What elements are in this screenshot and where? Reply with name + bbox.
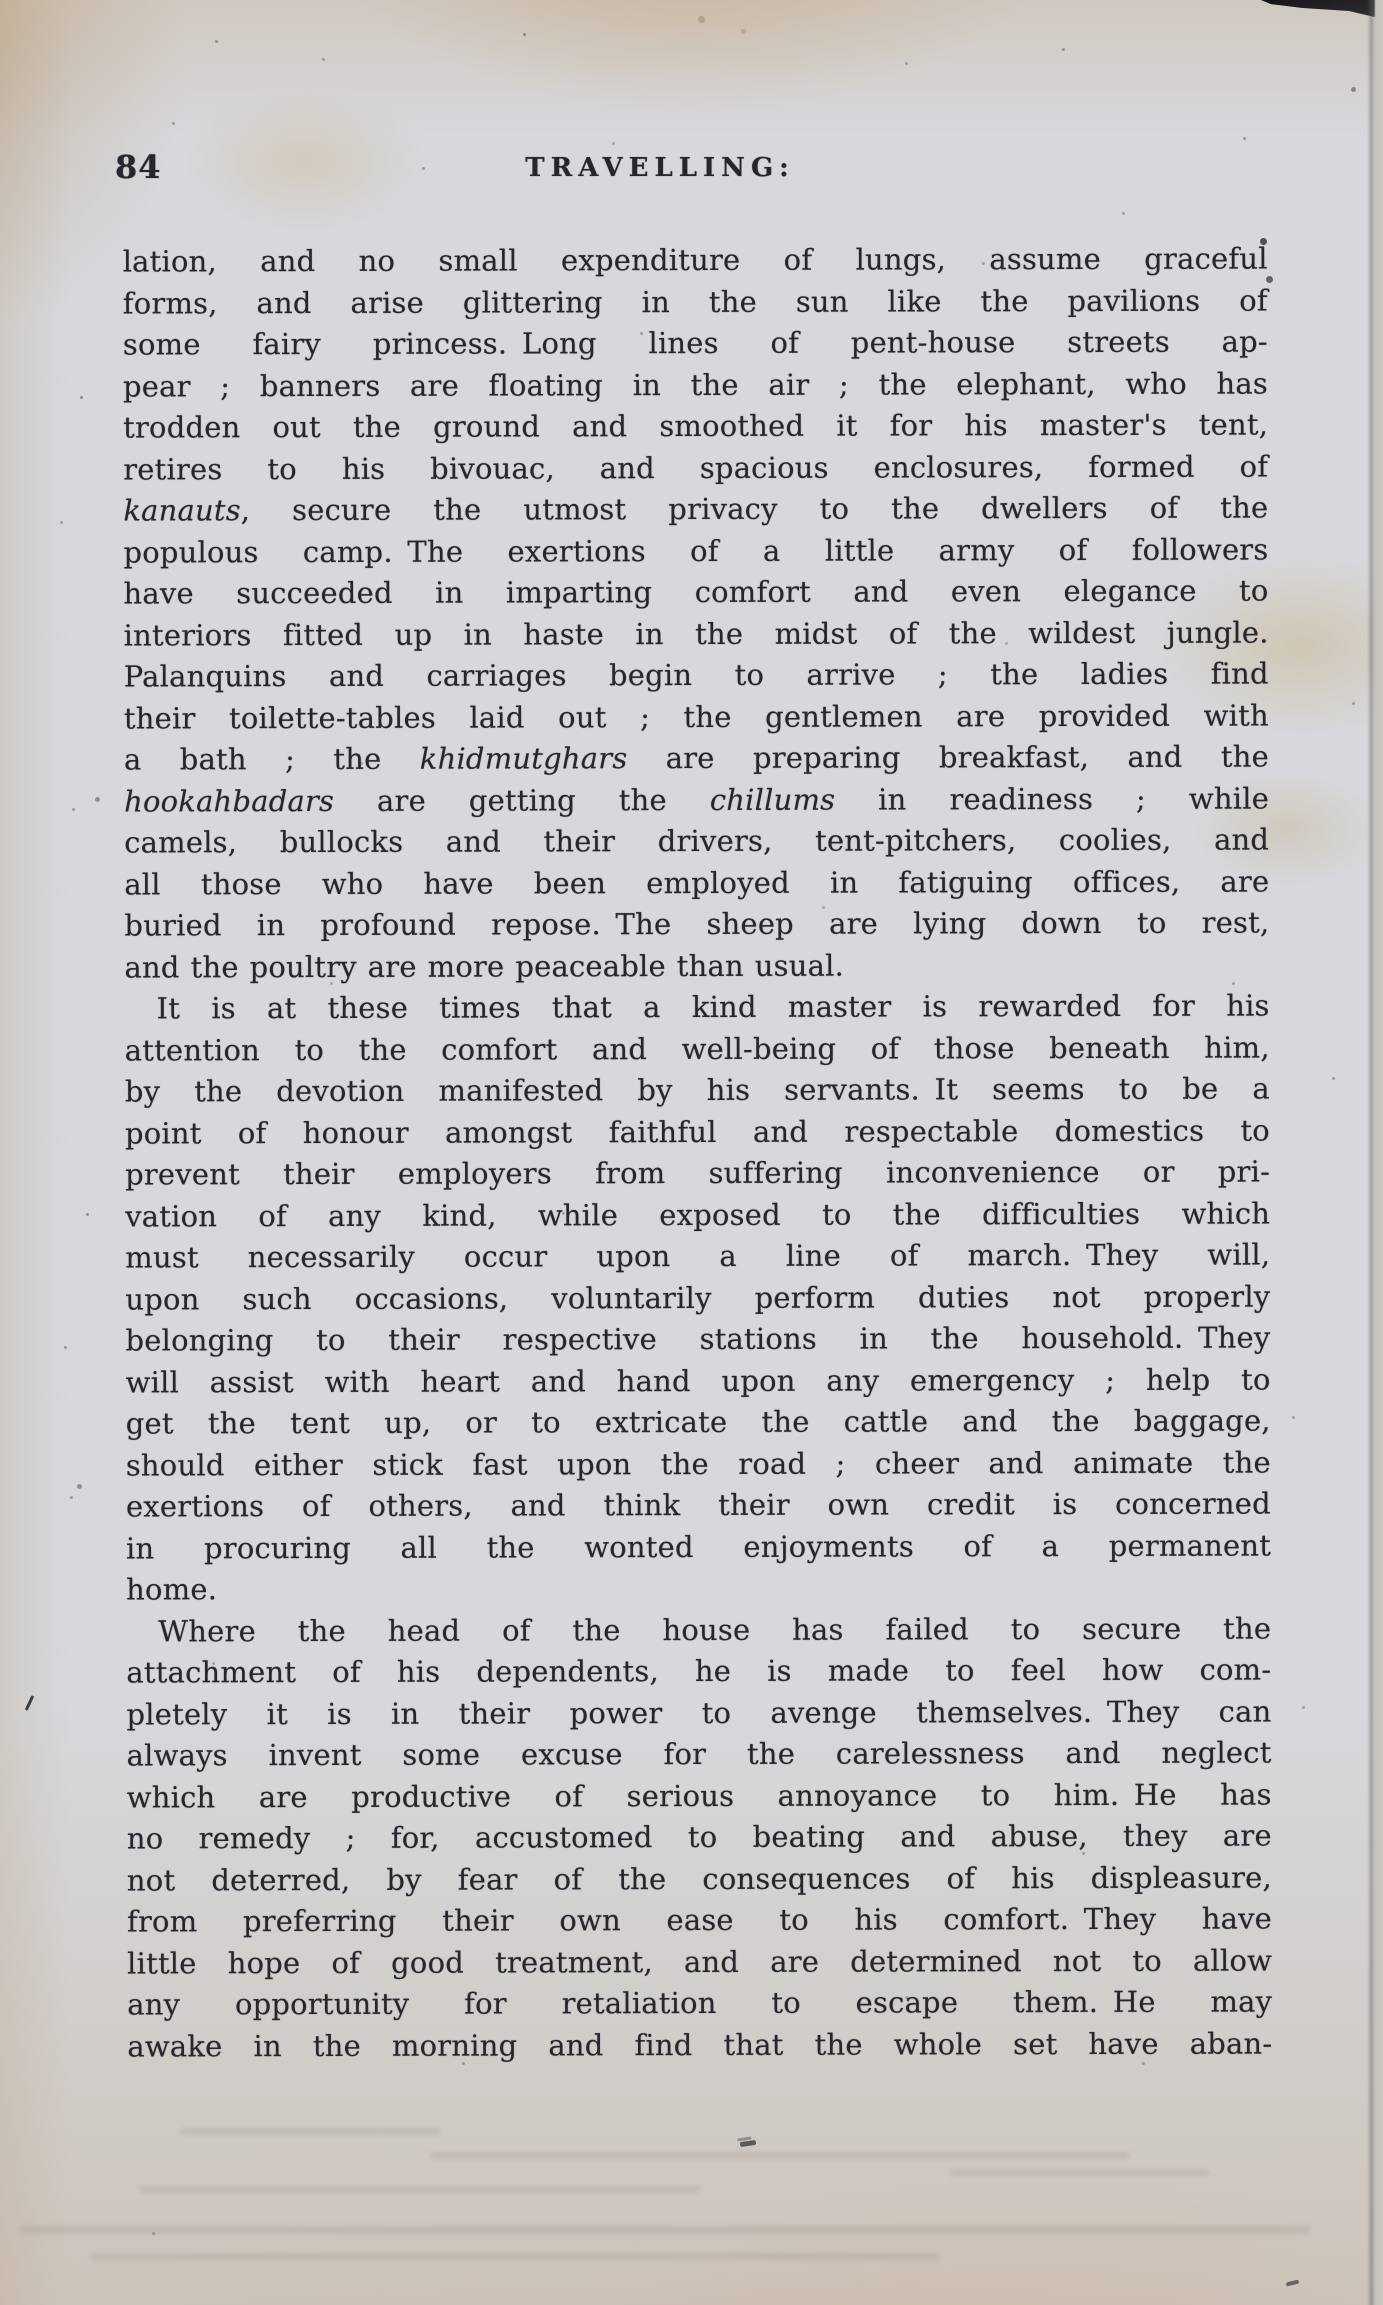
text-line: their toilette-tables laid out ; the gen… [124,695,1269,739]
page-header: 84 TRAVELLING: [115,148,1205,194]
paragraph: It is at these times that a kind master … [125,986,1272,1611]
running-title: TRAVELLING: [525,153,795,183]
text-line: by the devotion manifested by his servan… [125,1069,1270,1113]
text-line: from preferring their own ease to his co… [127,1898,1272,1942]
paragraph: Where the head of the house has failed t… [126,1608,1272,2067]
text-line: awake in the morning and find that the w… [127,2023,1272,2067]
showthrough-streak [140,2186,700,2193]
showthrough-streak [430,2152,1130,2159]
paragraph: lation, and no small expenditure of lung… [123,239,1270,989]
text-line: must necessarily occur upon a line of ma… [125,1235,1270,1279]
text-line: trodden out the ground and smoothed it f… [123,405,1268,449]
text-line: attachment of his dependents, he is made… [126,1649,1271,1693]
corner-tear-shadow [1261,0,1383,19]
ink-smudge-bottom [740,2140,757,2147]
text-line: no remedy ; for, accustomed to beating a… [127,1815,1272,1859]
text-line: Where the head of the house has failed t… [126,1608,1271,1652]
text-line: populous camp. The exertions of a little… [123,529,1268,573]
showthrough-streak [90,2253,940,2260]
text-line: pletely it is in their power to avenge t… [126,1691,1271,1735]
showthrough-streak [20,2226,1310,2234]
showthrough-streak [950,2170,1210,2176]
text-line: in procuring all the wonted enjoyments o… [126,1525,1271,1569]
text-line: always invent some excuse for the carele… [127,1732,1272,1776]
text-line: forms, and arise glittering in the sun l… [123,280,1268,324]
text-line: lation, and no small expenditure of lung… [123,239,1268,283]
text-line: attention to the comfort and well-being … [125,1027,1270,1071]
text-line: vation of any kind, while exposed to the… [125,1193,1270,1237]
text-line: point of honour amongst faithful and res… [125,1110,1270,1154]
ink-mark-left-margin [25,1695,34,1711]
text-line: buried in profound repose. The sheep are… [124,903,1269,947]
text-line: retires to his bivouac, and spacious enc… [123,446,1268,490]
ink-mark-bottom-right [1286,2279,1300,2286]
text-line: have succeeded in imparting comfort and … [123,571,1268,615]
text-line: It is at these times that a kind master … [125,986,1270,1030]
text-line: camels, bullocks and their drivers, tent… [124,820,1269,864]
text-line: upon such occasions, voluntarily perform… [125,1276,1270,1320]
text-line: prevent their employers from suffering i… [125,1152,1270,1196]
text-line: will assist with heart and hand upon any… [126,1359,1271,1403]
text-line: exertions of others, and think their own… [126,1484,1271,1528]
paper-specks [0,0,3,3]
text-line: interiors fitted up in haste in the mids… [124,612,1269,656]
text-line: which are productive of serious annoyanc… [127,1774,1272,1818]
text-line: hookahbadars are getting the chillums in… [124,778,1269,822]
text-line: all those who have been employed in fati… [124,861,1269,905]
text-line: home. [126,1566,1271,1610]
text-line: should either stick fast upon the road ;… [126,1442,1271,1486]
text-line: a bath ; the khidmutghars are preparing … [124,737,1269,781]
text-line: any opportunity for retaliation to escap… [127,1981,1272,2025]
showthrough-streak [180,2128,440,2135]
page-edge-shadow [1367,0,1383,2305]
text-line: and the poultry are more peaceable than … [124,944,1269,988]
page-body: lation, and no small expenditure of lung… [123,239,1273,2068]
text-line: pear ; banners are floating in the air ;… [123,363,1268,407]
text-line: little hope of good treatment, and are d… [127,1940,1272,1984]
text-line: Palanquins and carriages begin to arrive… [124,654,1269,698]
book-page-scan: 84 TRAVELLING: lation, and no small expe… [0,0,1383,2305]
text-line: get the tent up, or to extricate the cat… [126,1401,1271,1445]
page-number: 84 [115,148,162,186]
text-line: kanauts, secure the utmost privacy to th… [123,488,1268,532]
text-line: not deterred, by fear of the consequence… [127,1857,1272,1901]
text-line: some fairy princess. Long lines of pent-… [123,322,1268,366]
text-line: belonging to their respective stations i… [125,1318,1270,1362]
